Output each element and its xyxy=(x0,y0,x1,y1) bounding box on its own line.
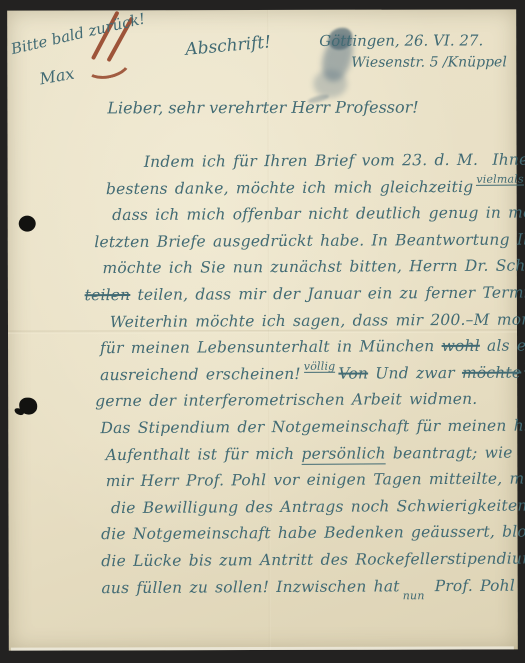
letter-line: dass ich mich offenbar nicht deutlich ge… xyxy=(112,200,519,229)
letter-line: letzten Briefe ausgedrückt habe. In Bean… xyxy=(94,226,519,255)
copy-annotation: Abschrift! xyxy=(185,32,272,60)
dateline: Göttingen, 26. VI. 27. xyxy=(319,31,483,49)
ink-blot xyxy=(313,70,347,98)
letter-paper: Bitte bald zurück! Max Abschrift! Göttin… xyxy=(7,9,518,650)
corner-note-signature: Max xyxy=(38,64,76,89)
letter-line: mir Herr Prof. Pohl vor einigen Tagen mi… xyxy=(106,466,521,495)
punch-hole xyxy=(19,216,36,232)
letter-line: die Notgemeinschaft habe Bedenken geäuss… xyxy=(101,519,521,548)
letter-line: Aufenthalt ist für mich persönlich beant… xyxy=(106,439,521,468)
letter-line: gerne der interferometrischen Arbeit wid… xyxy=(95,386,520,415)
letter-line: teilen teilen, dass mir der Januar ein z… xyxy=(85,280,520,309)
letter-line: die Lücke bis zum Antritt des Rockefelle… xyxy=(101,545,521,574)
salutation: Lieber, sehr verehrter Herr Professor! xyxy=(107,98,418,118)
letter-line: für meinen Lebensunterhalt in München wo… xyxy=(100,333,520,362)
scan-frame: { "colors": { "frame": "#232221", "paper… xyxy=(0,0,525,663)
letter-line: Weiterhin möchte ich sagen, dass mir 200… xyxy=(110,306,520,335)
letter-line: aus füllen zu sollen! Inzwischen hatnun … xyxy=(101,572,521,601)
letter-line: die Bewilligung des Antrags noch Schwier… xyxy=(111,492,521,521)
letter-body: Indem ich für Ihren Brief vom 23. d. M. … xyxy=(83,147,522,602)
address-line: Wiesenstr. 5 /Knüppel xyxy=(351,54,507,70)
letter-line: Das Stipendium der Notgemeinschaft für m… xyxy=(100,413,520,442)
red-crayon-mark xyxy=(81,44,134,83)
letter-line: möchte ich Sie nun zunächst bitten, Herr… xyxy=(102,253,519,282)
letter-line: ausreichend erscheinen!völligVon Und zwa… xyxy=(100,359,520,388)
letter-line: Indem ich für Ihren Brief vom 23. d. M. … xyxy=(144,147,519,176)
letter-line: bestens danke, möchte ich mich gleichzei… xyxy=(106,173,519,202)
